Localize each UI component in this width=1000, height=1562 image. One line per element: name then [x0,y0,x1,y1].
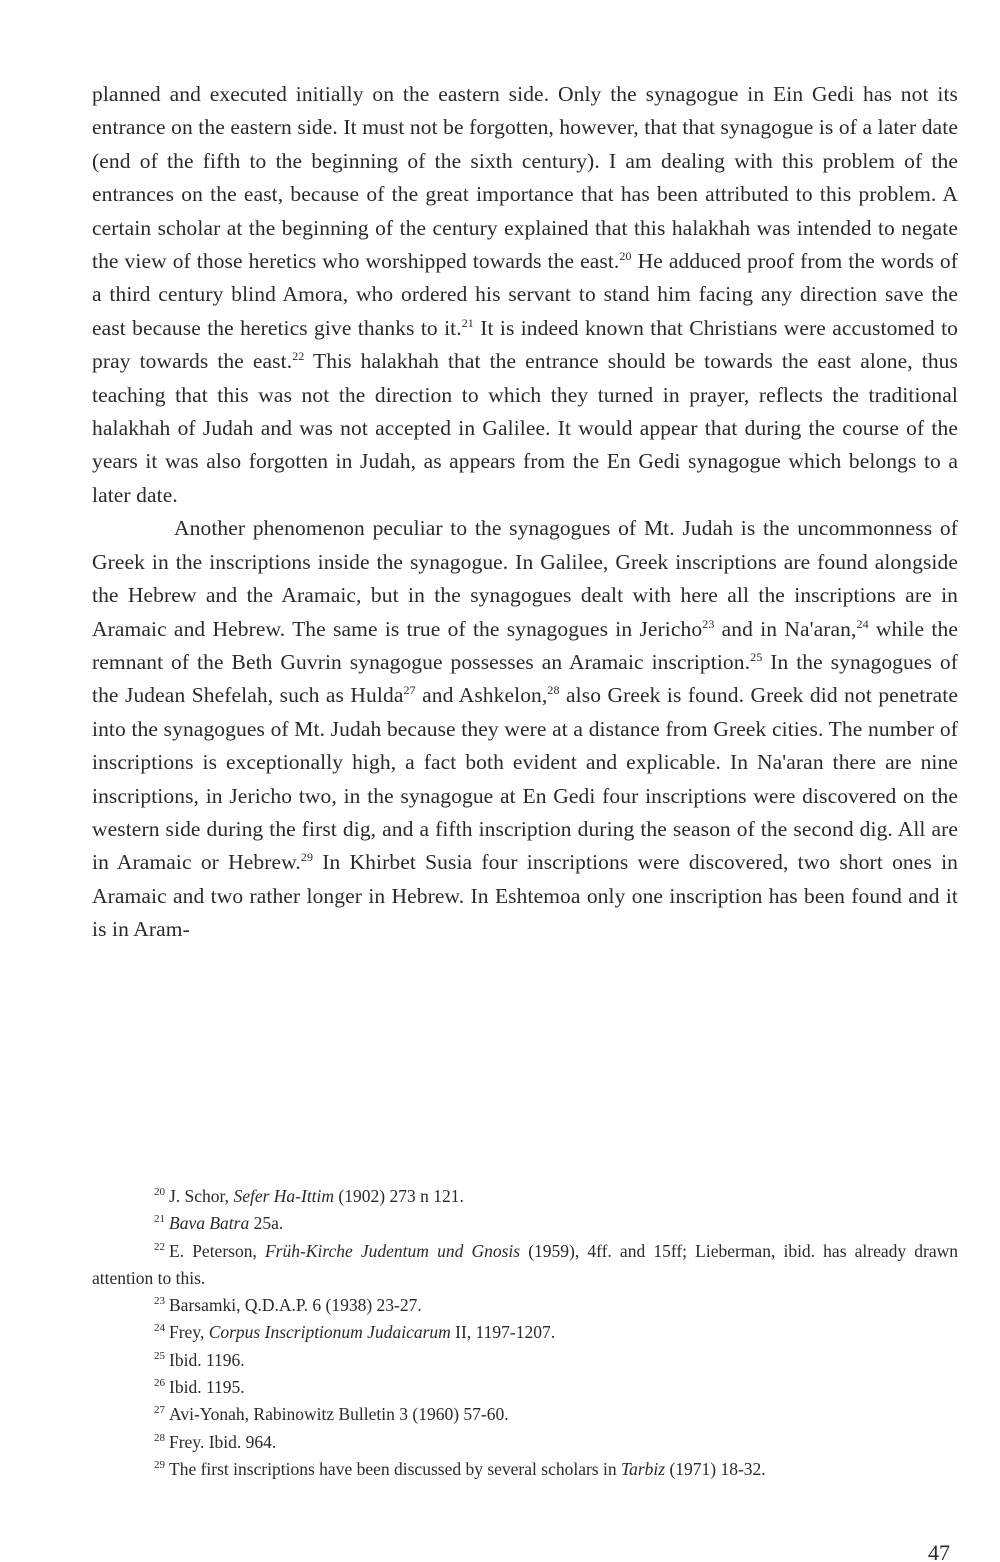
footnote-25: 25Ibid. 1196. [92,1347,958,1374]
footnote-ref-21[interactable]: 21 [462,316,474,330]
footnote-number: 21 [154,1213,165,1225]
footnote-text: Barsamki, Q.D.A.P. 6 (1938) 23-27. [169,1295,422,1315]
footnote-ref-23[interactable]: 23 [702,617,714,631]
footnote-21: 21Bava Batra 25a. [92,1210,958,1237]
paragraph-2: Another phenomenon peculiar to the synag… [92,512,958,946]
footnotes: 20J. Schor, Sefer Ha-Ittim (1902) 273 n … [92,1183,958,1483]
text-run: and in Na'aran, [714,617,856,641]
footnote-number: 23 [154,1295,165,1307]
footnote-ref-29[interactable]: 29 [301,850,313,864]
footnote-ref-28[interactable]: 28 [547,683,559,697]
text-run: also Greek is found. Greek did not penet… [92,683,958,874]
footnote-text: (1971) 18-32. [665,1459,766,1479]
footnote-title: Früh-Kirche Judentum und Gnosis [265,1241,520,1261]
body-text: planned and executed initially on the ea… [92,78,958,947]
footnote-text: The first inscriptions have been discuss… [169,1459,621,1479]
footnote-number: 29 [154,1459,165,1471]
footnote-number: 28 [154,1432,165,1444]
footnote-text: E. Peterson, [169,1241,265,1261]
footnote-text: II, 1197-1207. [451,1322,555,1342]
footnote-ref-20[interactable]: 20 [619,249,631,263]
footnote-ref-25[interactable]: 25 [750,650,762,664]
footnote-number: 26 [154,1377,165,1389]
footnote-text: 25a. [249,1213,283,1233]
footnote-28: 28Frey. Ibid. 964. [92,1429,958,1456]
footnote-ref-27[interactable]: 27 [403,683,415,697]
footnote-number: 20 [154,1186,165,1198]
footnote-title: Corpus Inscriptionum Judaicarum [209,1322,451,1342]
footnote-number: 24 [154,1322,165,1334]
footnote-text: Avi-Yonah, Rabinowitz Bulletin 3 (1960) … [169,1404,509,1424]
document-page: planned and executed initially on the ea… [0,0,1000,1562]
footnote-text: Ibid. 1196. [169,1350,245,1370]
footnote-29: 29The first inscriptions have been discu… [92,1456,958,1483]
footnote-text: Ibid. 1195. [169,1377,245,1397]
footnote-27: 27Avi-Yonah, Rabinowitz Bulletin 3 (1960… [92,1401,958,1428]
page-number: 47 [928,1541,950,1562]
footnote-number: 22 [154,1241,165,1253]
footnote-number: 25 [154,1350,165,1362]
footnote-title: Sefer Ha-Ittim [233,1186,334,1206]
text-run: planned and executed initially on the ea… [92,82,958,273]
footnote-title: Bava Batra [169,1213,249,1233]
footnote-22: 22E. Peterson, Früh-Kirche Judentum und … [92,1238,958,1293]
footnote-text: Frey, [169,1322,209,1342]
footnote-text: J. Schor, [169,1186,233,1206]
footnote-ref-24[interactable]: 24 [857,617,869,631]
footnote-text: Frey. Ibid. 964. [169,1432,276,1452]
footnote-26: 26Ibid. 1195. [92,1374,958,1401]
footnote-ref-22[interactable]: 22 [292,349,304,363]
text-run: and Ashkelon, [416,683,548,707]
footnote-24: 24Frey, Corpus Inscriptionum Judaicarum … [92,1319,958,1346]
footnote-23: 23Barsamki, Q.D.A.P. 6 (1938) 23-27. [92,1292,958,1319]
footnote-title: Tarbiz [621,1459,665,1479]
footnote-20: 20J. Schor, Sefer Ha-Ittim (1902) 273 n … [92,1183,958,1210]
footnote-number: 27 [154,1404,165,1416]
footnote-text: (1902) 273 n 121. [334,1186,464,1206]
paragraph-1: planned and executed initially on the ea… [92,78,958,512]
